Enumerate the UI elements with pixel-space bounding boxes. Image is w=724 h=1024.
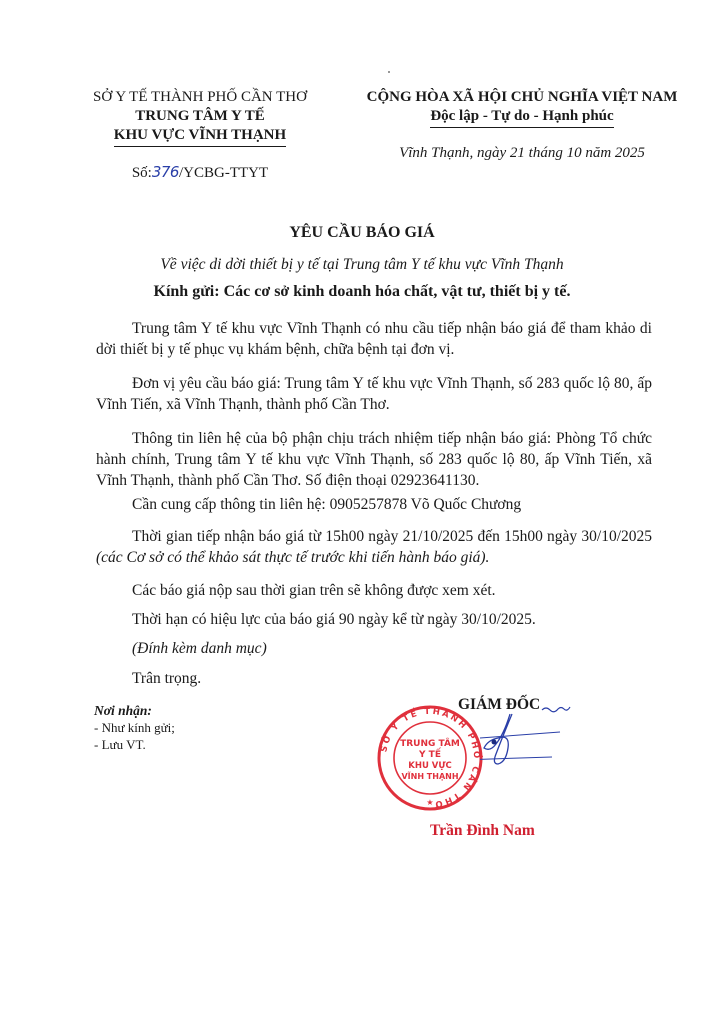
doc-number-suffix: /YCBG-TTYT bbox=[179, 165, 268, 181]
paragraph-italic-note: (các Cơ sở có thể khảo sát thực tế trước… bbox=[96, 549, 489, 566]
svg-text:TRUNG TÂM: TRUNG TÂM bbox=[400, 737, 460, 749]
svg-text:KHU VỰC: KHU VỰC bbox=[408, 761, 451, 771]
organization-name-line2-wrap: KHU VỰC VĨNH THẠNH bbox=[62, 126, 338, 147]
body-paragraph-4: Cần cung cấp thông tin liên hệ: 09052578… bbox=[96, 494, 652, 515]
body-paragraph-6: Các báo giá nộp sau thời gian trên sẽ kh… bbox=[96, 580, 652, 601]
doc-number-handwritten: 376 bbox=[152, 163, 179, 181]
paragraph-text: Trung tâm Y tế khu vực Vĩnh Thạnh có nhu… bbox=[96, 318, 652, 360]
closing: Trân trọng. bbox=[96, 668, 652, 689]
svg-text:VĨNH THẠNH: VĨNH THẠNH bbox=[401, 771, 458, 781]
paragraph-text: Cần cung cấp thông tin liên hệ: 09052578… bbox=[96, 494, 652, 515]
signer-name: Trần Đình Nam bbox=[430, 822, 535, 840]
body-paragraph-1: Trung tâm Y tế khu vực Vĩnh Thạnh có nhu… bbox=[96, 318, 652, 360]
paragraph-text: Thông tin liên hệ của bộ phận chịu trách… bbox=[96, 428, 652, 491]
recipients-heading: Nơi nhận: bbox=[94, 702, 175, 719]
recipient-item: - Lưu VT. bbox=[94, 736, 175, 753]
organization-name-line1: TRUNG TÂM Y TẾ bbox=[62, 107, 338, 126]
recipients-block: Nơi nhận: - Như kính gửi; - Lưu VT. bbox=[94, 702, 175, 753]
paragraph-text: Đơn vị yêu cầu báo giá: Trung tâm Y tế k… bbox=[96, 373, 652, 415]
paragraph-text: Các báo giá nộp sau thời gian trên sẽ kh… bbox=[96, 580, 652, 601]
body-paragraph-5: Thời gian tiếp nhận báo giá từ 15h00 ngà… bbox=[96, 526, 652, 568]
paragraph-text: Thời gian tiếp nhận báo giá từ 15h00 ngà… bbox=[96, 526, 652, 568]
national-motto: Độc lập - Tự do - Hạnh phúc bbox=[430, 107, 613, 128]
attachment-note: (Đính kèm danh mục) bbox=[96, 638, 652, 659]
body-paragraph-2: Đơn vị yêu cầu báo giá: Trung tâm Y tế k… bbox=[96, 373, 652, 415]
body-paragraph-7: Thời hạn có hiệu lực của báo giá 90 ngày… bbox=[96, 609, 652, 630]
document-subject: Về việc di dời thiết bị y tế tại Trung t… bbox=[0, 256, 724, 274]
scan-speck bbox=[388, 71, 390, 73]
paragraph-text: Thời hạn có hiệu lực của báo giá 90 ngày… bbox=[96, 609, 652, 630]
document-number: Số:376/YCBG-TTYT bbox=[62, 163, 338, 182]
organization-name-line2: KHU VỰC VĨNH THẠNH bbox=[114, 126, 286, 147]
issuer-header: SỞ Y TẾ THÀNH PHỐ CẦN THƠ TRUNG TÂM Y TẾ… bbox=[62, 88, 338, 147]
paragraph-text: (Đính kèm danh mục) bbox=[96, 638, 652, 659]
place-and-date: Vĩnh Thạnh, ngày 21 tháng 10 năm 2025 bbox=[344, 145, 700, 162]
recipient-item: - Như kính gửi; bbox=[94, 719, 175, 736]
department-name: SỞ Y TẾ THÀNH PHỐ CẦN THƠ bbox=[62, 88, 338, 107]
national-header: CỘNG HÒA XÃ HỘI CHỦ NGHĨA VIỆT NAM Độc l… bbox=[344, 88, 700, 128]
paragraph-text: Trân trọng. bbox=[96, 668, 652, 689]
nation-name: CỘNG HÒA XÃ HỘI CHỦ NGHĨA VIỆT NAM bbox=[344, 88, 700, 107]
paragraph-main-text: Thời gian tiếp nhận báo giá từ 15h00 ngà… bbox=[132, 528, 652, 545]
doc-number-prefix: Số: bbox=[132, 165, 152, 181]
svg-text:★: ★ bbox=[426, 798, 433, 807]
addressee: Kính gửi: Các cơ sở kinh doanh hóa chất,… bbox=[0, 283, 724, 301]
handwritten-signature-icon bbox=[480, 700, 580, 790]
body-paragraph-3: Thông tin liên hệ của bộ phận chịu trách… bbox=[96, 428, 652, 491]
official-stamp-icon: SỞ Y TẾ THÀNH PHỐ CẦN THƠ TRUNG TÂM Y TẾ… bbox=[376, 704, 484, 812]
document-title: YÊU CẦU BÁO GIÁ bbox=[0, 224, 724, 242]
